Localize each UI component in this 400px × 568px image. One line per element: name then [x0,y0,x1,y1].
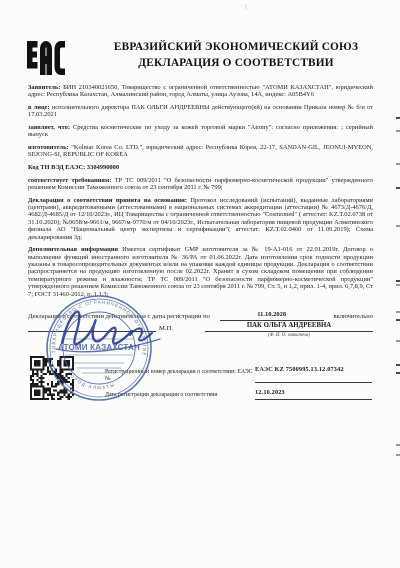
declarant-name-caption: (Ф. И. О. заявителя) [205,332,373,338]
field-label: заявляет, что: [28,124,70,131]
field-label: в лице: [28,104,50,111]
field-label: изготовитель: [28,144,69,151]
scan-artifact [396,372,400,374]
paragraph-additional-info: Дополнительная информация Имеется сертиф… [28,246,373,298]
scan-artifact [396,340,400,342]
scan-artifact [396,284,400,286]
document-body: Заявитель: БИН 210340021650, Товариществ… [28,84,373,303]
field-value: БИН 210340021650, Товарищество с огранич… [28,84,373,98]
declarant-name-block: ПАК ОЛЬГА АНДРЕЕВНА (Ф. И. О. заявителя) [205,322,373,338]
scan-artifact [396,319,400,321]
paragraph-tnved-code: Код ТН ВЭД ЕАЭС: 3304990000 [28,164,373,171]
scan-artifact [396,225,400,227]
declarant-name: ПАК ОЛЬГА АНДРЕЕВНА [205,322,373,332]
declaration-document: 3 ЕВРАЗИЙСКИЙ ЭКОНОМИЧЕСКИЙ СОЮЗ ДЕКЛАРА… [0,0,400,568]
validity-suffix: включительно [334,313,374,321]
paragraph-applicant: Заявитель: БИН 210340021650, Товариществ… [28,84,373,99]
scan-artifact [396,130,400,132]
paragraph-declares: заявляет, что: Средства косметические по… [28,124,373,139]
paragraph-complies-with: соответствует требованиям: ТР ТС 009/201… [28,177,373,192]
scan-artifact [396,444,400,446]
page-number: 3 [244,4,248,12]
scan-artifact [396,364,400,366]
scan-artifact [396,311,400,313]
handwritten-signature [48,297,180,361]
field-label: Код ТН ВЭД ЕАЭС: [28,164,85,171]
field-label: Дополнительная информация [28,246,118,253]
paragraph-basis: Декларация о соответствии принята на осн… [28,197,373,241]
registration-date-value: 12.10.2023 [255,389,372,400]
scan-artifact [396,163,400,165]
field-value: Протокол исследований (испытаний), выдан… [28,197,373,241]
field-label: Декларация о соответствии принята на осн… [28,197,187,204]
eac-logo [27,41,65,75]
field-label: Заявитель: [28,84,60,91]
title-line-union: ЕВРАЗИЙСКИЙ ЭКОНОМИЧЕСКИЙ СОЮЗ [86,39,386,55]
eac-mark-icon [27,41,65,75]
field-value: Имеется сертификат GMP изготовителя за №… [28,246,373,297]
title-line-declaration: ДЕКЛАРАЦИЯ О СООТВЕТСТВИИ [86,55,386,71]
registration-number-value: ЕАЭС KZ 7500995.13.12.07342 [255,366,372,383]
validity-date: 11.10.2028 [220,311,324,321]
paragraph-represented-by: в лице: исполнительного директора ПАК ОЛ… [28,104,373,119]
field-value: "Kolmar Korea Co. LTD.", юридический адр… [28,144,373,158]
scan-artifact [396,454,400,456]
scan-artifact [396,187,400,189]
field-value: исполнительного директора ПАК ОЛЬГИ АНДР… [28,104,373,118]
paragraph-manufacturer: изготовитель: "Kolmar Korea Co. LTD.", ю… [28,144,373,159]
document-title: ЕВРАЗИЙСКИЙ ЭКОНОМИЧЕСКИЙ СОЮЗ ДЕКЛАРАЦИ… [86,39,386,71]
field-label: соответствует требованиям: [28,177,111,184]
scan-artifact [396,117,400,119]
field-value: 3304990000 [87,164,119,171]
field-value: Средства косметические по уходу за кожей… [28,124,373,138]
scan-artifact [396,280,400,282]
